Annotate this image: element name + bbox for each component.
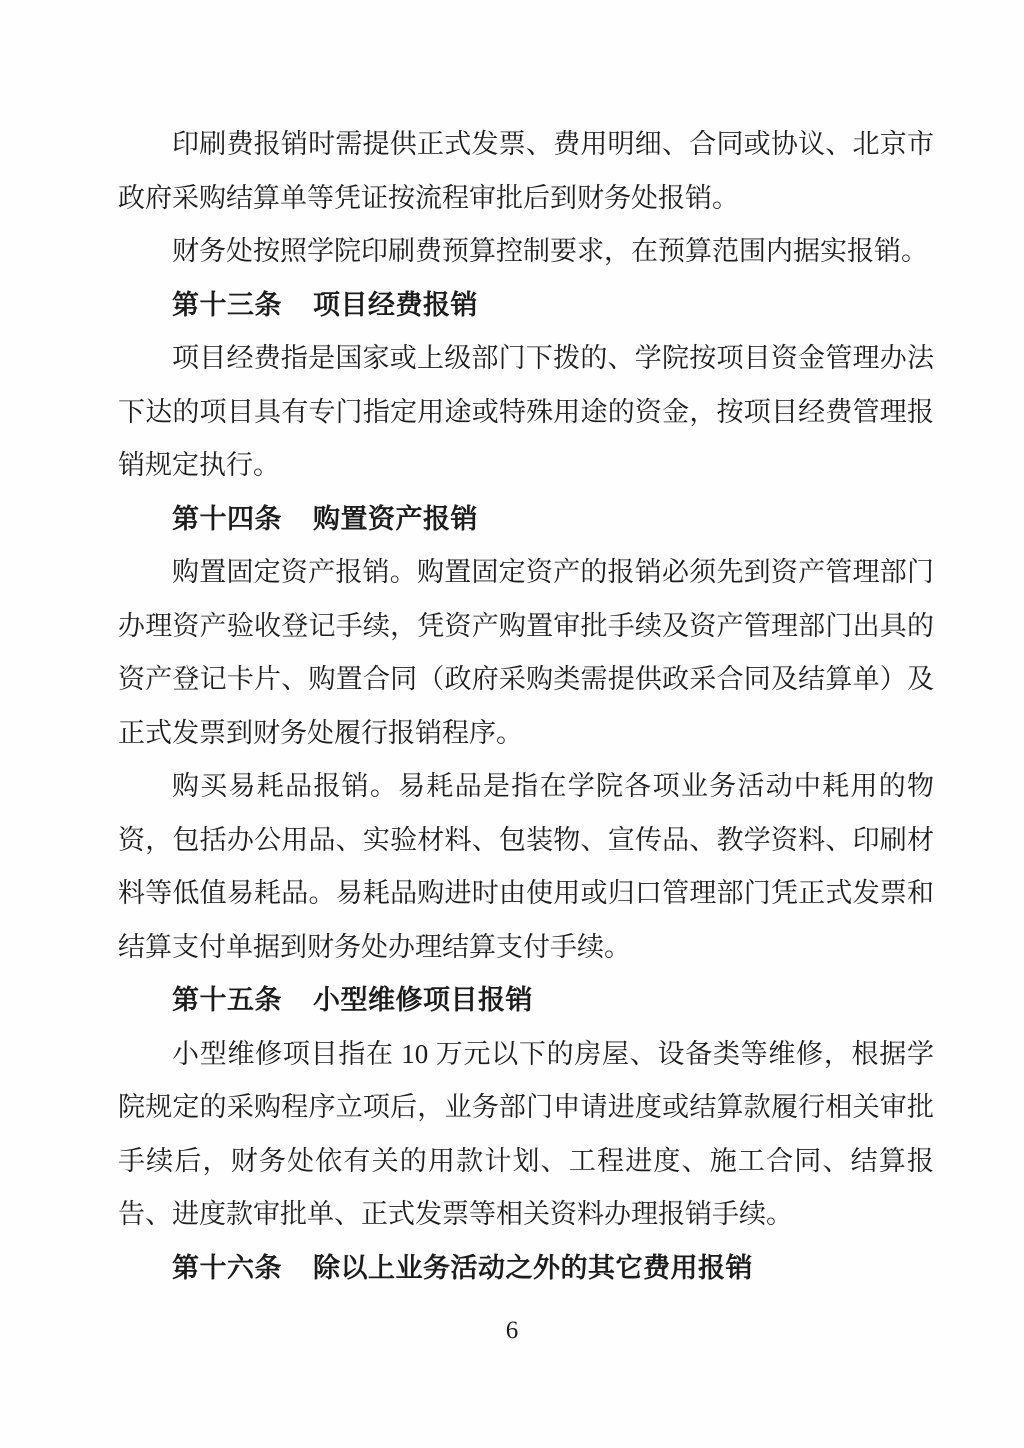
document-page: 印刷费报销时需提供正式发票、费用明细、合同或协议、北京市政府采购结算单等凭证按流… bbox=[0, 0, 1024, 1448]
page-number: 6 bbox=[0, 1316, 1024, 1346]
heading-number: 第十三条 bbox=[172, 290, 282, 320]
heading-number: 第十六条 bbox=[172, 1253, 282, 1283]
section-heading: 第十四条购置资产报销 bbox=[118, 493, 934, 547]
section-heading: 第十五条小型维修项目报销 bbox=[118, 974, 934, 1028]
document-body: 印刷费报销时需提供正式发票、费用明细、合同或协议、北京市政府采购结算单等凭证按流… bbox=[118, 118, 934, 1295]
heading-title: 购置资产报销 bbox=[313, 504, 478, 534]
section-heading: 第十六条除以上业务活动之外的其它费用报销 bbox=[118, 1242, 934, 1296]
paragraph: 小型维修项目指在 10 万元以下的房屋、设备类等维修，根据学院规定的采购程序立项… bbox=[118, 1028, 934, 1242]
paragraph: 印刷费报销时需提供正式发票、费用明细、合同或协议、北京市政府采购结算单等凭证按流… bbox=[118, 118, 934, 225]
section-heading: 第十三条项目经费报销 bbox=[118, 279, 934, 333]
heading-title: 项目经费报销 bbox=[313, 290, 478, 320]
heading-number: 第十四条 bbox=[172, 504, 282, 534]
paragraph: 财务处按照学院印刷费预算控制要求，在预算范围内据实报销。 bbox=[118, 225, 934, 279]
heading-title: 小型维修项目报销 bbox=[313, 985, 533, 1015]
heading-title: 除以上业务活动之外的其它费用报销 bbox=[313, 1253, 753, 1283]
paragraph: 项目经费指是国家或上级部门下拨的、学院按项目资金管理办法下达的项目具有专门指定用… bbox=[118, 332, 934, 493]
paragraph: 购买易耗品报销。易耗品是指在学院各项业务活动中耗用的物资，包括办公用品、实验材料… bbox=[118, 760, 934, 974]
heading-number: 第十五条 bbox=[172, 985, 282, 1015]
paragraph: 购置固定资产报销。购置固定资产的报销必须先到资产管理部门办理资产验收登记手续，凭… bbox=[118, 546, 934, 760]
